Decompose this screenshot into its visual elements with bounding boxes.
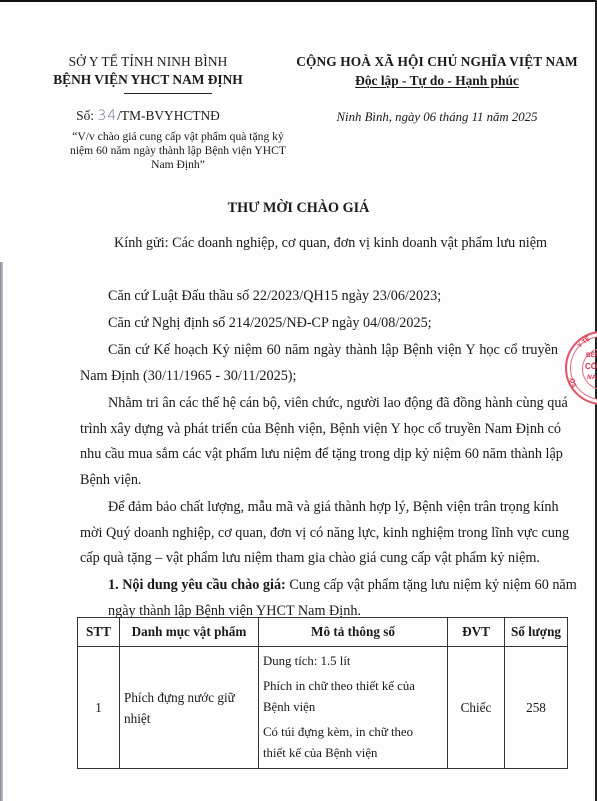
document-number: Số: 34/TM-BVYHCTNĐ <box>0 108 296 124</box>
table-header-row: STT Danh mục vật phẩm Mô tả thông số ĐVT… <box>78 618 568 647</box>
stamp-inner-line: CỔ T <box>585 362 597 371</box>
header-item: Danh mục vật phẩm <box>120 618 259 647</box>
motto-text: Độc lập - Tự do - Hạnh phúc <box>355 73 519 88</box>
legal-basis-decree: Căn cứ Nghị định số 214/2025/NĐ-CP ngày … <box>80 311 558 337</box>
items-table: STT Danh mục vật phẩm Mô tả thông số ĐVT… <box>77 617 568 769</box>
spec-capacity: Dung tích: 1.5 lít <box>263 651 447 672</box>
legal-basis-plan: Căn cứ Kế hoạch Kỷ niệm 60 năm ngày thàn… <box>80 338 558 389</box>
header-spec: Mô tả thông số <box>259 618 448 647</box>
cell-quantity: 258 <box>505 647 568 769</box>
header-quantity: Số lượng <box>505 618 568 647</box>
parent-organization: SỞ Y TẾ TỈNH NINH BÌNH <box>0 54 296 70</box>
spec-line: Bệnh viện <box>263 697 447 718</box>
document-title: THƯ MỜI CHÀO GIÁ <box>0 200 597 217</box>
invitation-paragraph: Để đảm bảo chất lượng, mẫu mã và giá thà… <box>80 495 558 572</box>
paragraph-line: Nam Định (30/11/1965 - 30/11/2025); <box>80 364 558 390</box>
legal-basis-text: Căn cứ Luật Đấu thầu số 22/2023/QH15 ngà… <box>80 284 558 310</box>
scan-shadow <box>0 262 3 801</box>
page-top-edge <box>0 0 597 2</box>
cell-stt: 1 <box>78 647 120 769</box>
spec-line: thiết kế của Bệnh viện <box>263 743 447 764</box>
legal-basis-law: Căn cứ Luật Đấu thầu số 22/2023/QH15 ngà… <box>80 284 558 310</box>
stamp-inner-line: NAM <box>587 374 597 381</box>
cell-unit: Chiếc <box>448 647 505 769</box>
legal-basis-text: Căn cứ Nghị định số 214/2025/NĐ-CP ngày … <box>80 311 558 337</box>
paragraph-line: Căn cứ Kế hoạch Kỷ niệm 60 năm ngày thàn… <box>80 338 558 364</box>
paragraph-line: nhu cầu mua sắm các vật phẩm lưu niệm để… <box>80 442 558 468</box>
paragraph-line: Để đảm bảo chất lượng, mẫu mã và giá thà… <box>80 495 558 521</box>
number-suffix: /TM-BVYHCTNĐ <box>117 108 220 123</box>
organization-name: BỆNH VIỆN YHCT NAM ĐỊNH <box>0 72 296 88</box>
paragraph-line: trình xây dựng và phát triển của Bệnh vi… <box>80 417 558 443</box>
recipient-line: Kính gửi: Các doanh nghiệp, cơ quan, đơn… <box>114 235 547 252</box>
stamp-top-text: Y TẾ <box>576 335 591 350</box>
cell-item: Phích đựng nước giữ nhiệt <box>120 647 259 769</box>
item-line: nhiệt <box>124 708 258 729</box>
item-line: Phích đựng nước giữ <box>124 687 258 708</box>
number-prefix: Số: <box>76 108 97 123</box>
purpose-paragraph: Nhằm tri ân các thế hệ cán bộ, viên chức… <box>80 391 558 493</box>
national-motto: Độc lập - Tự do - Hạnh phúc <box>296 73 578 89</box>
spec-line: Có túi đựng kèm, in chữ theo <box>263 722 447 743</box>
document-subject: “V/v chào giá cung cấp vật phẩm quà tặng… <box>60 130 296 172</box>
header-rule <box>124 93 212 94</box>
table-row: 1 Phích đựng nước giữ nhiệt Dung tích: 1… <box>78 647 568 769</box>
stamp-left-text: SỞ <box>569 377 579 389</box>
official-stamp: Y TẾ SỞ BỆNH CỔ T NAM <box>565 331 597 405</box>
section-1-text: Cung cấp vật phẩm tặng lưu niệm kỷ niệm … <box>286 577 577 593</box>
cell-spec: Dung tích: 1.5 lít Phích in chữ theo thi… <box>259 647 448 769</box>
handwritten-number: 34 <box>97 108 117 124</box>
place-date: Ninh Bình, ngày 06 tháng 11 năm 2025 <box>296 110 578 125</box>
paragraph-line: 1. Nội dung yêu cầu chào giá: Cung cấp v… <box>80 573 558 599</box>
national-title: CỘNG HOÀ XÃ HỘI CHỦ NGHĨA VIỆT NAM <box>296 54 578 70</box>
spec-line: Phích in chữ theo thiết kế của <box>263 676 447 697</box>
paragraph-line: mời Quý doanh nghiệp, cơ quan, đơn vị có… <box>80 521 558 547</box>
paragraph-line: cấp quà tặng – vật phẩm lưu niệm tham gi… <box>80 546 558 572</box>
header-stt: STT <box>78 618 120 647</box>
stamp-inner-line: BỆNH <box>586 352 597 359</box>
paragraph-line: Bệnh viện. <box>80 468 558 494</box>
section-1-heading: 1. Nội dung yêu cầu chào giá: <box>108 577 286 593</box>
paragraph-line: Nhằm tri ân các thế hệ cán bộ, viên chức… <box>80 391 558 417</box>
header-unit: ĐVT <box>448 618 505 647</box>
